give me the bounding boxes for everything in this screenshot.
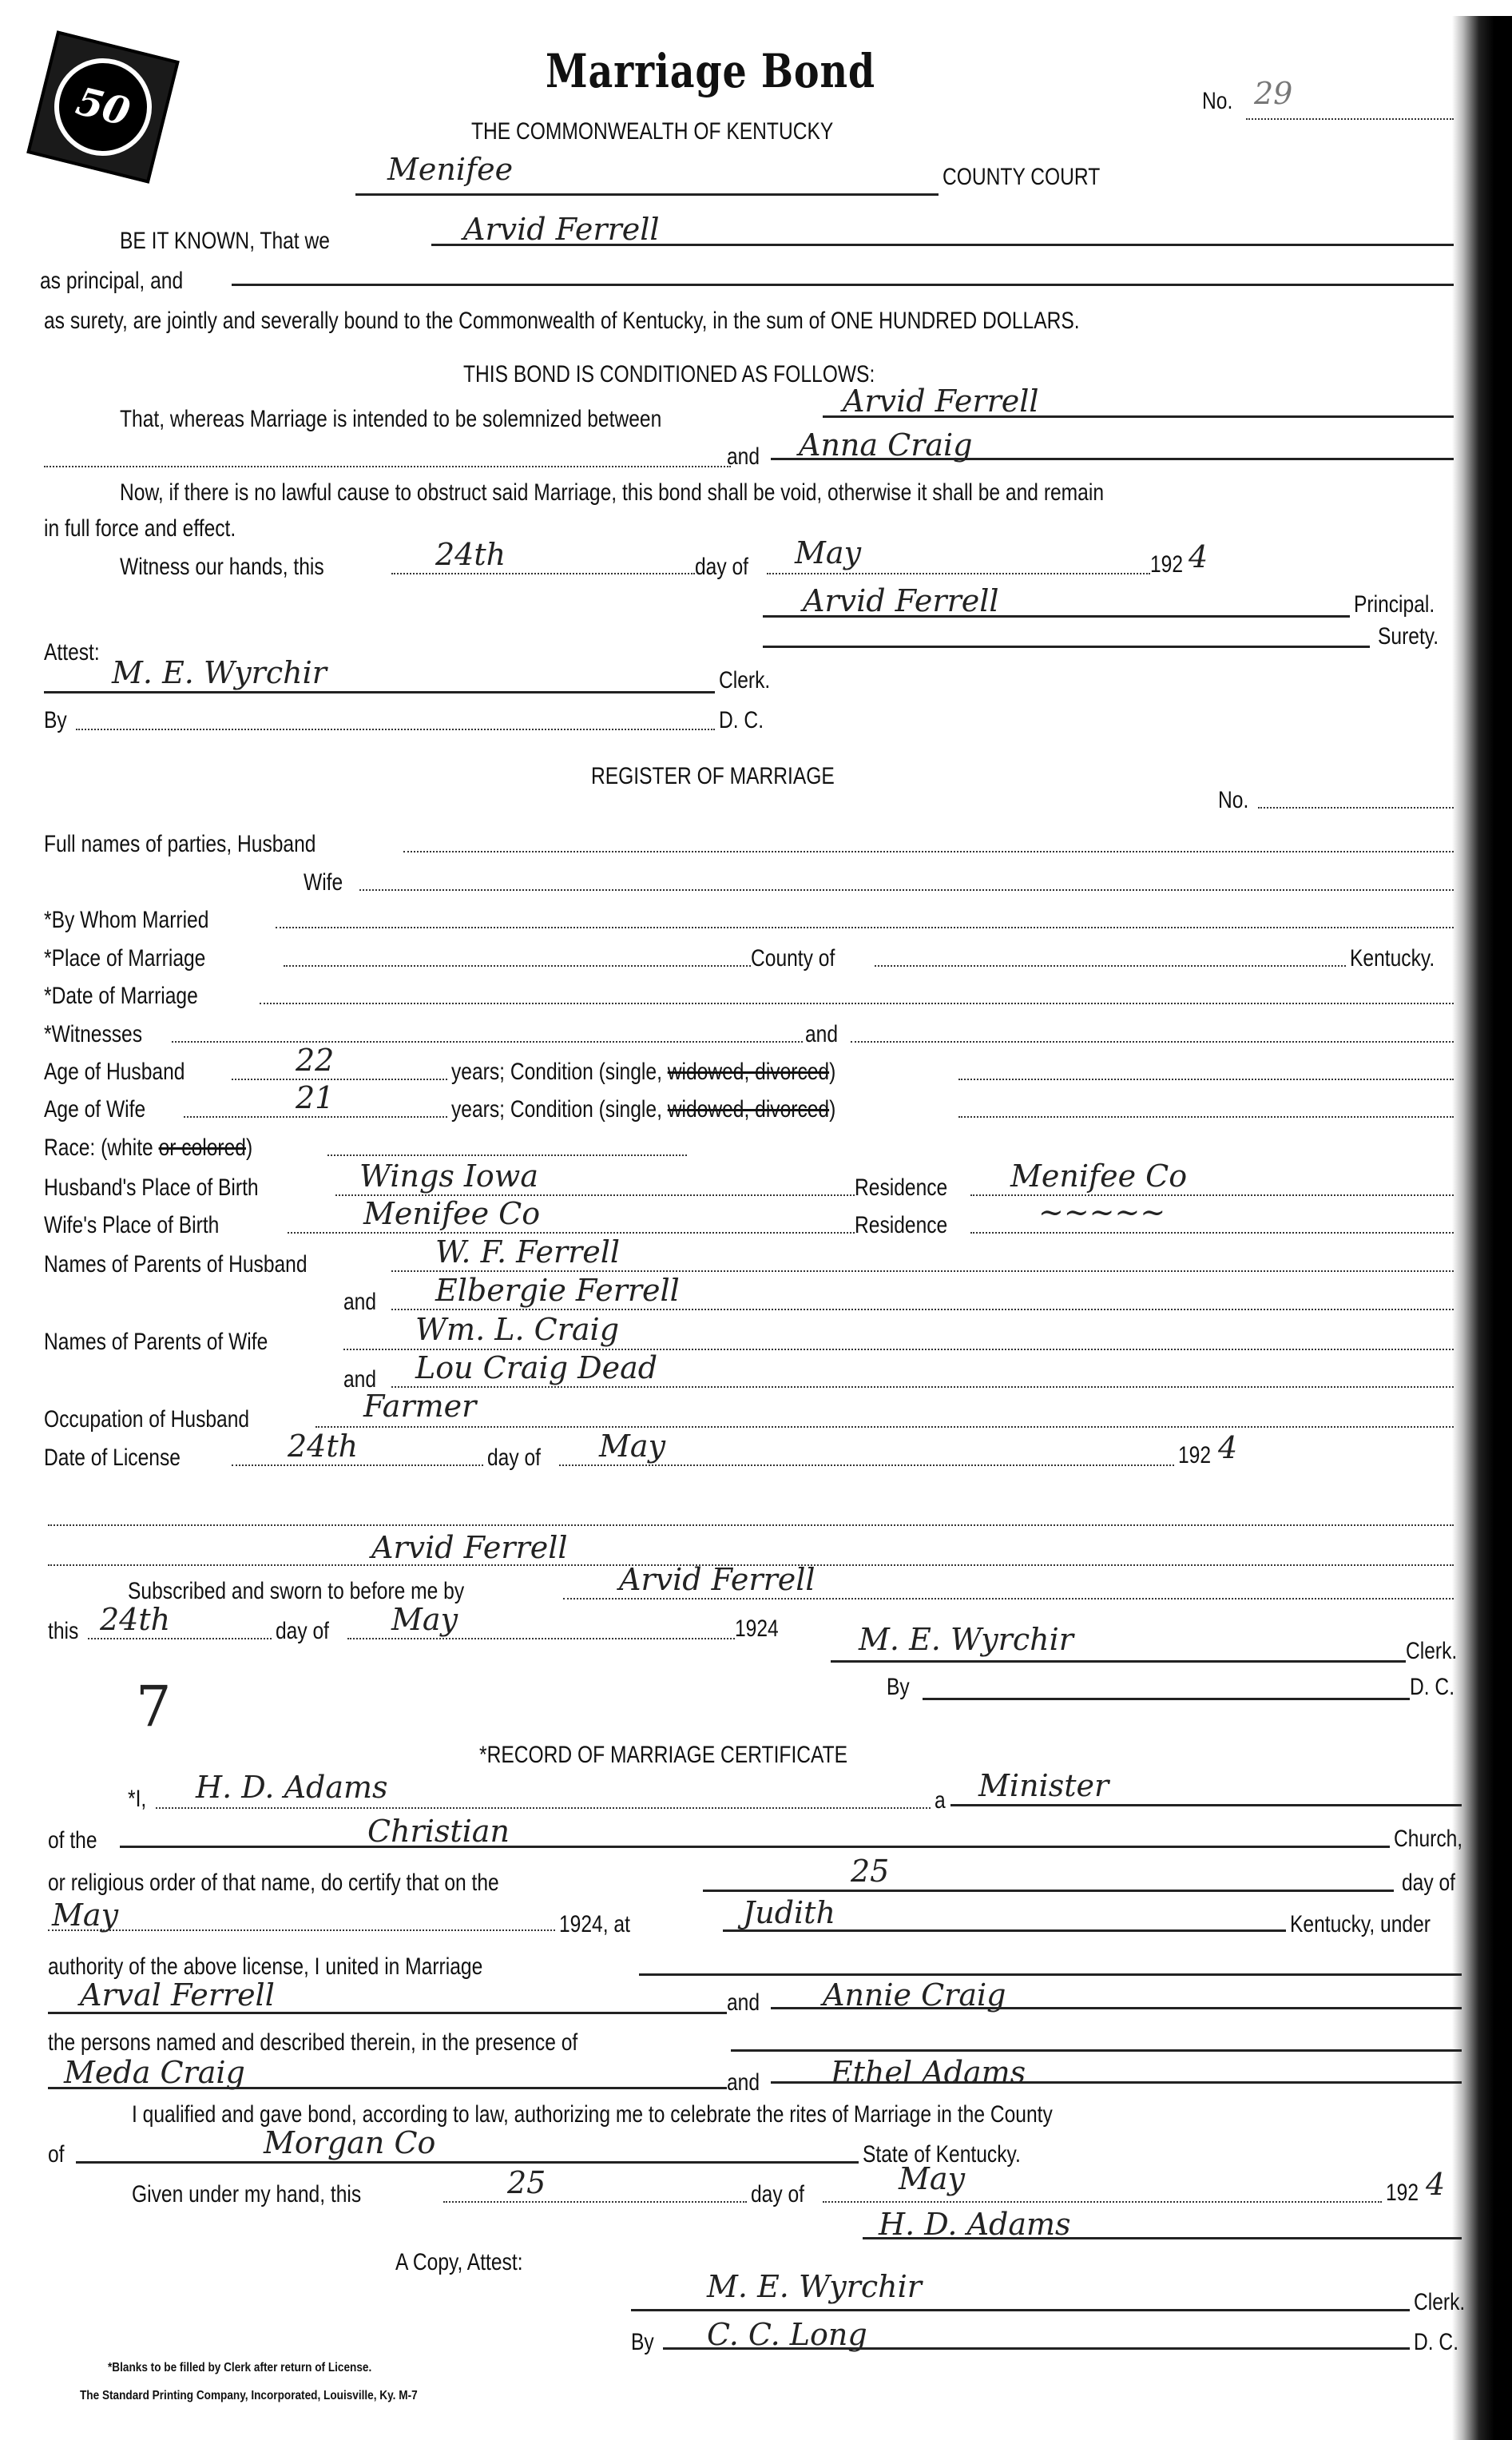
race-line bbox=[327, 1154, 687, 1156]
register-by-label: By bbox=[887, 1674, 910, 1701]
register-dc-line bbox=[923, 1698, 1410, 1700]
register-heading: REGISTER OF MARRIAGE bbox=[591, 763, 835, 790]
sworn-day-line bbox=[88, 1638, 272, 1639]
sworn-day-of-label: day of bbox=[276, 1618, 329, 1645]
cert-by-label: By bbox=[631, 2329, 654, 2356]
wife-residence-label: Residence bbox=[855, 1212, 947, 1239]
cert-dc-label: D. C. bbox=[1414, 2329, 1458, 2356]
footer-note: *Blanks to be filled by Clerk after retu… bbox=[108, 2361, 371, 2375]
cert-clerk-label: Clerk. bbox=[1414, 2289, 1465, 2316]
margin-mark: 7 bbox=[136, 1674, 172, 1739]
race-text: Race: (white bbox=[44, 1135, 153, 1161]
wife-name-line bbox=[359, 889, 1454, 891]
clerk-signature: M. E. Wyrchir bbox=[112, 655, 327, 690]
license-year-digit: 4 bbox=[1218, 1430, 1237, 1465]
groom-line bbox=[48, 2012, 727, 2014]
register-number-label: No. bbox=[1218, 787, 1248, 814]
be-it-known-label: BE IT KNOWN, That we bbox=[120, 228, 330, 255]
wife-birth-label: Wife's Place of Birth bbox=[44, 1212, 219, 1239]
presence-line bbox=[731, 2049, 1462, 2052]
minister-name-line bbox=[156, 1807, 931, 1809]
parents-wife-label: Names of Parents of Wife bbox=[44, 1329, 268, 1356]
stamp-value: 50 bbox=[72, 79, 134, 135]
occupation-line bbox=[315, 1426, 1454, 1428]
age-husband-label: Age of Husband bbox=[44, 1059, 185, 1086]
witness2-line bbox=[851, 1041, 1454, 1043]
cert-of-label: of bbox=[48, 2141, 65, 2168]
of-the-label: of the bbox=[48, 1827, 97, 1854]
parents-husband-and-label: and bbox=[343, 1289, 376, 1316]
occupation-label: Occupation of Husband bbox=[44, 1406, 249, 1433]
license-month-line bbox=[559, 1464, 1174, 1466]
wife-birth-line bbox=[288, 1232, 855, 1234]
by-whom-label: *By Whom Married bbox=[44, 907, 208, 934]
years-condition-text: years; Condition (single, bbox=[451, 1059, 662, 1085]
parents-wife-2: Lou Craig Dead bbox=[415, 1350, 657, 1385]
husband-name-line bbox=[403, 851, 1454, 852]
minister-name: H. D. Adams bbox=[196, 1770, 388, 1805]
witness1-line bbox=[172, 1041, 803, 1043]
bride-line bbox=[771, 2007, 1462, 2009]
witnesses-label: *Witnesses bbox=[44, 1021, 142, 1048]
cert-witness-and-label: and bbox=[727, 2069, 760, 2096]
struck-widowed-divorced: widowed, divorced bbox=[668, 1059, 829, 1085]
condition-husband-line bbox=[958, 1079, 1454, 1080]
years-condition-label-1: years; Condition (single, widowed, divor… bbox=[451, 1059, 835, 1086]
occupation-value: Farmer bbox=[363, 1389, 476, 1424]
witness-label: Witness our hands, this bbox=[120, 554, 324, 581]
cert-witness2: Ethel Adams bbox=[831, 2055, 1026, 2090]
license-day-line bbox=[232, 1464, 483, 1466]
surety-signature-line bbox=[763, 646, 1370, 648]
and-left-line bbox=[44, 466, 731, 467]
register-clerk-label: Clerk. bbox=[1406, 1638, 1457, 1665]
now-text: Now, if there is no lawful cause to obst… bbox=[120, 479, 1104, 507]
cert-county-value: Morgan Co bbox=[264, 2125, 435, 2160]
cert-and-label: and bbox=[727, 1989, 760, 2017]
cert-month-value: May bbox=[52, 1898, 118, 1933]
by-whom-line bbox=[276, 927, 1454, 928]
kentucky-under-label: Kentucky, under bbox=[1290, 1911, 1431, 1938]
principal-line bbox=[431, 244, 1454, 246]
county-of-line bbox=[875, 965, 1346, 967]
dc-label: D. C. bbox=[719, 707, 764, 734]
sworn-label: Subscribed and sworn to before me by bbox=[128, 1578, 464, 1605]
surety-name-line bbox=[232, 284, 1454, 286]
license-day-of-label: day of bbox=[487, 1445, 541, 1472]
cert-day-value: 25 bbox=[851, 1854, 889, 1889]
church-label: Church, bbox=[1394, 1826, 1462, 1853]
and-label: and bbox=[727, 443, 760, 471]
wife-name-label: Wife bbox=[304, 869, 343, 896]
cert-clerk-line bbox=[631, 2309, 1410, 2311]
given-day-of-label: day of bbox=[751, 2181, 804, 2208]
husband-birth-label: Husband's Place of Birth bbox=[44, 1174, 259, 1202]
witness-day: 24th bbox=[435, 537, 506, 572]
cert-witness1: Meda Craig bbox=[64, 2055, 245, 2090]
years-condition-text: years; Condition (single, bbox=[451, 1096, 662, 1123]
county-value: Menifee bbox=[387, 152, 513, 187]
principal-name: Arvid Ferrell bbox=[463, 212, 660, 247]
cert-day-of-label: day of bbox=[1402, 1870, 1455, 1897]
attest-label: Attest: bbox=[44, 639, 100, 666]
cert-clerk-signature: M. E. Wyrchir bbox=[707, 2269, 922, 2304]
place-label: *Place of Marriage bbox=[44, 945, 205, 972]
marriage-bond-document: 50 Marriage Bond No. 29 THE COMMONWEALTH… bbox=[0, 0, 1512, 2440]
kentucky-label: Kentucky. bbox=[1350, 945, 1435, 972]
party1-line bbox=[823, 415, 1454, 418]
place-line bbox=[284, 965, 751, 967]
stamp-ring: 50 bbox=[44, 48, 162, 166]
whereas-label: That, whereas Marriage is intended to be… bbox=[120, 406, 661, 433]
register-clerk-line bbox=[831, 1660, 1406, 1663]
surety-label: Surety. bbox=[1378, 623, 1439, 650]
party2-line bbox=[771, 458, 1454, 460]
commonwealth-heading: THE COMMONWEALTH OF KENTUCKY bbox=[471, 118, 833, 145]
age-wife-label: Age of Wife bbox=[44, 1096, 145, 1123]
sworn-by-line bbox=[563, 1598, 1454, 1600]
date-label: *Date of Marriage bbox=[44, 983, 198, 1010]
sworn-by: Arvid Ferrell bbox=[619, 1562, 816, 1597]
religious-order-label: or religious order of that name, do cert… bbox=[48, 1870, 499, 1897]
parents-wife-2-line bbox=[391, 1386, 1454, 1388]
parents-husband-1-line bbox=[391, 1270, 1454, 1272]
groom-name: Arval Ferrell bbox=[80, 1977, 275, 2013]
day-of-label: day of bbox=[695, 554, 748, 581]
principal-label: Principal. bbox=[1354, 591, 1435, 618]
given-year-digit: 4 bbox=[1426, 2167, 1445, 2202]
principal-signature: Arvid Ferrell bbox=[803, 583, 999, 618]
register-dc-label: D. C. bbox=[1410, 1674, 1454, 1701]
husband-residence-value: Menifee Co bbox=[1010, 1158, 1187, 1194]
cert-witness2-line bbox=[771, 2081, 1462, 2084]
years-condition-label-2: years; Condition (single, widowed, divor… bbox=[451, 1096, 835, 1123]
cert-witness1-line bbox=[48, 2087, 727, 2089]
wife-birth-value: Menifee Co bbox=[363, 1196, 540, 1231]
cert-dc-line bbox=[663, 2347, 1410, 2350]
sworn-day: 24th bbox=[100, 1602, 170, 1637]
cert-month-line bbox=[48, 1929, 555, 1931]
county-line bbox=[355, 193, 939, 196]
struck-widowed-divorced: widowed, divorced bbox=[668, 1096, 829, 1123]
husband-residence-label: Residence bbox=[855, 1174, 947, 1202]
authority-line bbox=[639, 1973, 1462, 1976]
parents-husband-label: Names of Parents of Husband bbox=[44, 1251, 308, 1278]
sworn-month: May bbox=[391, 1602, 458, 1637]
applicant-signature: Arvid Ferrell bbox=[371, 1530, 568, 1565]
blank-line bbox=[48, 1524, 1454, 1526]
cert-i-label: *I, bbox=[128, 1786, 146, 1813]
minister-title: Minister bbox=[978, 1768, 1109, 1803]
race-label: Race: (white or colored) bbox=[44, 1135, 252, 1162]
close-paren: ) bbox=[829, 1096, 835, 1123]
church-line bbox=[120, 1846, 1390, 1848]
age-husband-value: 22 bbox=[296, 1043, 334, 1078]
license-label: Date of License bbox=[44, 1445, 181, 1472]
church-value: Christian bbox=[367, 1814, 510, 1849]
revenue-stamp-icon: 50 bbox=[26, 30, 180, 184]
age-husband-line bbox=[232, 1079, 447, 1080]
presence-label: the persons named and described therein,… bbox=[48, 2029, 577, 2057]
cert-a-label: a bbox=[935, 1787, 946, 1814]
close-paren: ) bbox=[246, 1135, 252, 1161]
cert-place-line bbox=[723, 1929, 1286, 1932]
parents-husband-2: Elbergie Ferrell bbox=[435, 1273, 680, 1308]
cert-county-line bbox=[76, 2161, 859, 2164]
by-label: By bbox=[44, 707, 67, 734]
party1-name: Arvid Ferrell bbox=[843, 383, 1039, 419]
clerk-label: Clerk. bbox=[719, 667, 770, 694]
given-year-prefix: 192 bbox=[1386, 2180, 1419, 2207]
sworn-year: 1924 bbox=[735, 1615, 779, 1643]
as-principal-label: as principal, and bbox=[40, 268, 183, 295]
clerk-line bbox=[44, 691, 715, 693]
date-line bbox=[260, 1003, 1454, 1004]
cert-place-value: Judith bbox=[743, 1895, 835, 1930]
printer-credit: The Standard Printing Company, Incorpora… bbox=[80, 2389, 418, 2403]
this-label: this bbox=[48, 1618, 78, 1645]
dc-line bbox=[76, 729, 715, 730]
close-paren: ) bbox=[829, 1059, 835, 1085]
bond-number-label: No. bbox=[1202, 88, 1232, 115]
age-wife-line bbox=[184, 1116, 447, 1118]
county-court-label: COUNTY COURT bbox=[943, 164, 1100, 191]
county-of-label: County of bbox=[751, 945, 835, 972]
cert-day-line bbox=[703, 1890, 1394, 1892]
parents-husband-1: W. F. Ferrell bbox=[435, 1234, 620, 1270]
scan-edge-shadow bbox=[1452, 16, 1512, 2440]
husband-birth-value: Wings Iowa bbox=[359, 1158, 538, 1194]
bond-number-line bbox=[1246, 118, 1454, 120]
principal-signature-line bbox=[763, 615, 1350, 618]
copy-attest-label: A Copy, Attest: bbox=[395, 2249, 523, 2276]
witnesses-and-label: and bbox=[805, 1021, 838, 1048]
given-month-line bbox=[823, 2201, 1382, 2203]
authority-label: authority of the above license, I united… bbox=[48, 1953, 482, 1981]
certificate-heading: *RECORD OF MARRIAGE CERTIFICATE bbox=[479, 1742, 847, 1769]
age-wife-value: 21 bbox=[296, 1080, 334, 1115]
witness-month-line bbox=[767, 573, 1150, 574]
condition-wife-line bbox=[958, 1116, 1454, 1118]
register-number-line bbox=[1258, 807, 1454, 809]
register-clerk-signature: M. E. Wyrchir bbox=[859, 1622, 1073, 1657]
qualified-text: I qualified and gave bond, according to … bbox=[132, 2101, 1053, 2128]
minister-title-line bbox=[950, 1804, 1462, 1806]
struck-or-colored: or colored bbox=[159, 1135, 246, 1161]
page-title: Marriage Bond bbox=[546, 44, 875, 98]
license-year-prefix: 192 bbox=[1178, 1442, 1211, 1469]
full-force-text: in full force and effect. bbox=[44, 515, 236, 542]
parents-wife-1: Wm. L. Craig bbox=[415, 1312, 619, 1347]
witness-year-digit: 4 bbox=[1189, 539, 1208, 574]
bond-number-value: 29 bbox=[1254, 76, 1292, 111]
husband-name-label: Full names of parties, Husband bbox=[44, 831, 315, 858]
given-day-line bbox=[443, 2201, 747, 2203]
license-day: 24th bbox=[288, 1429, 358, 1464]
wife-residence-line bbox=[970, 1232, 1454, 1234]
year-prefix: 192 bbox=[1150, 551, 1183, 578]
parents-husband-2-line bbox=[391, 1309, 1454, 1310]
cert-year-at-label: 1924, at bbox=[559, 1911, 630, 1938]
surety-text: as surety, are jointly and severally bou… bbox=[44, 308, 1080, 335]
given-label: Given under my hand, this bbox=[132, 2181, 361, 2208]
witness-month: May bbox=[795, 535, 861, 570]
conditioned-heading: THIS BOND IS CONDITIONED AS FOLLOWS: bbox=[463, 361, 875, 388]
license-month: May bbox=[599, 1429, 665, 1464]
witness-day-line bbox=[391, 573, 695, 574]
wife-residence-value: ~~~~~ bbox=[1038, 1194, 1165, 1230]
given-month: May bbox=[899, 2161, 965, 2196]
sworn-month-line bbox=[347, 1638, 735, 1639]
given-day: 25 bbox=[507, 2165, 546, 2200]
minister-signature-line bbox=[863, 2237, 1462, 2239]
